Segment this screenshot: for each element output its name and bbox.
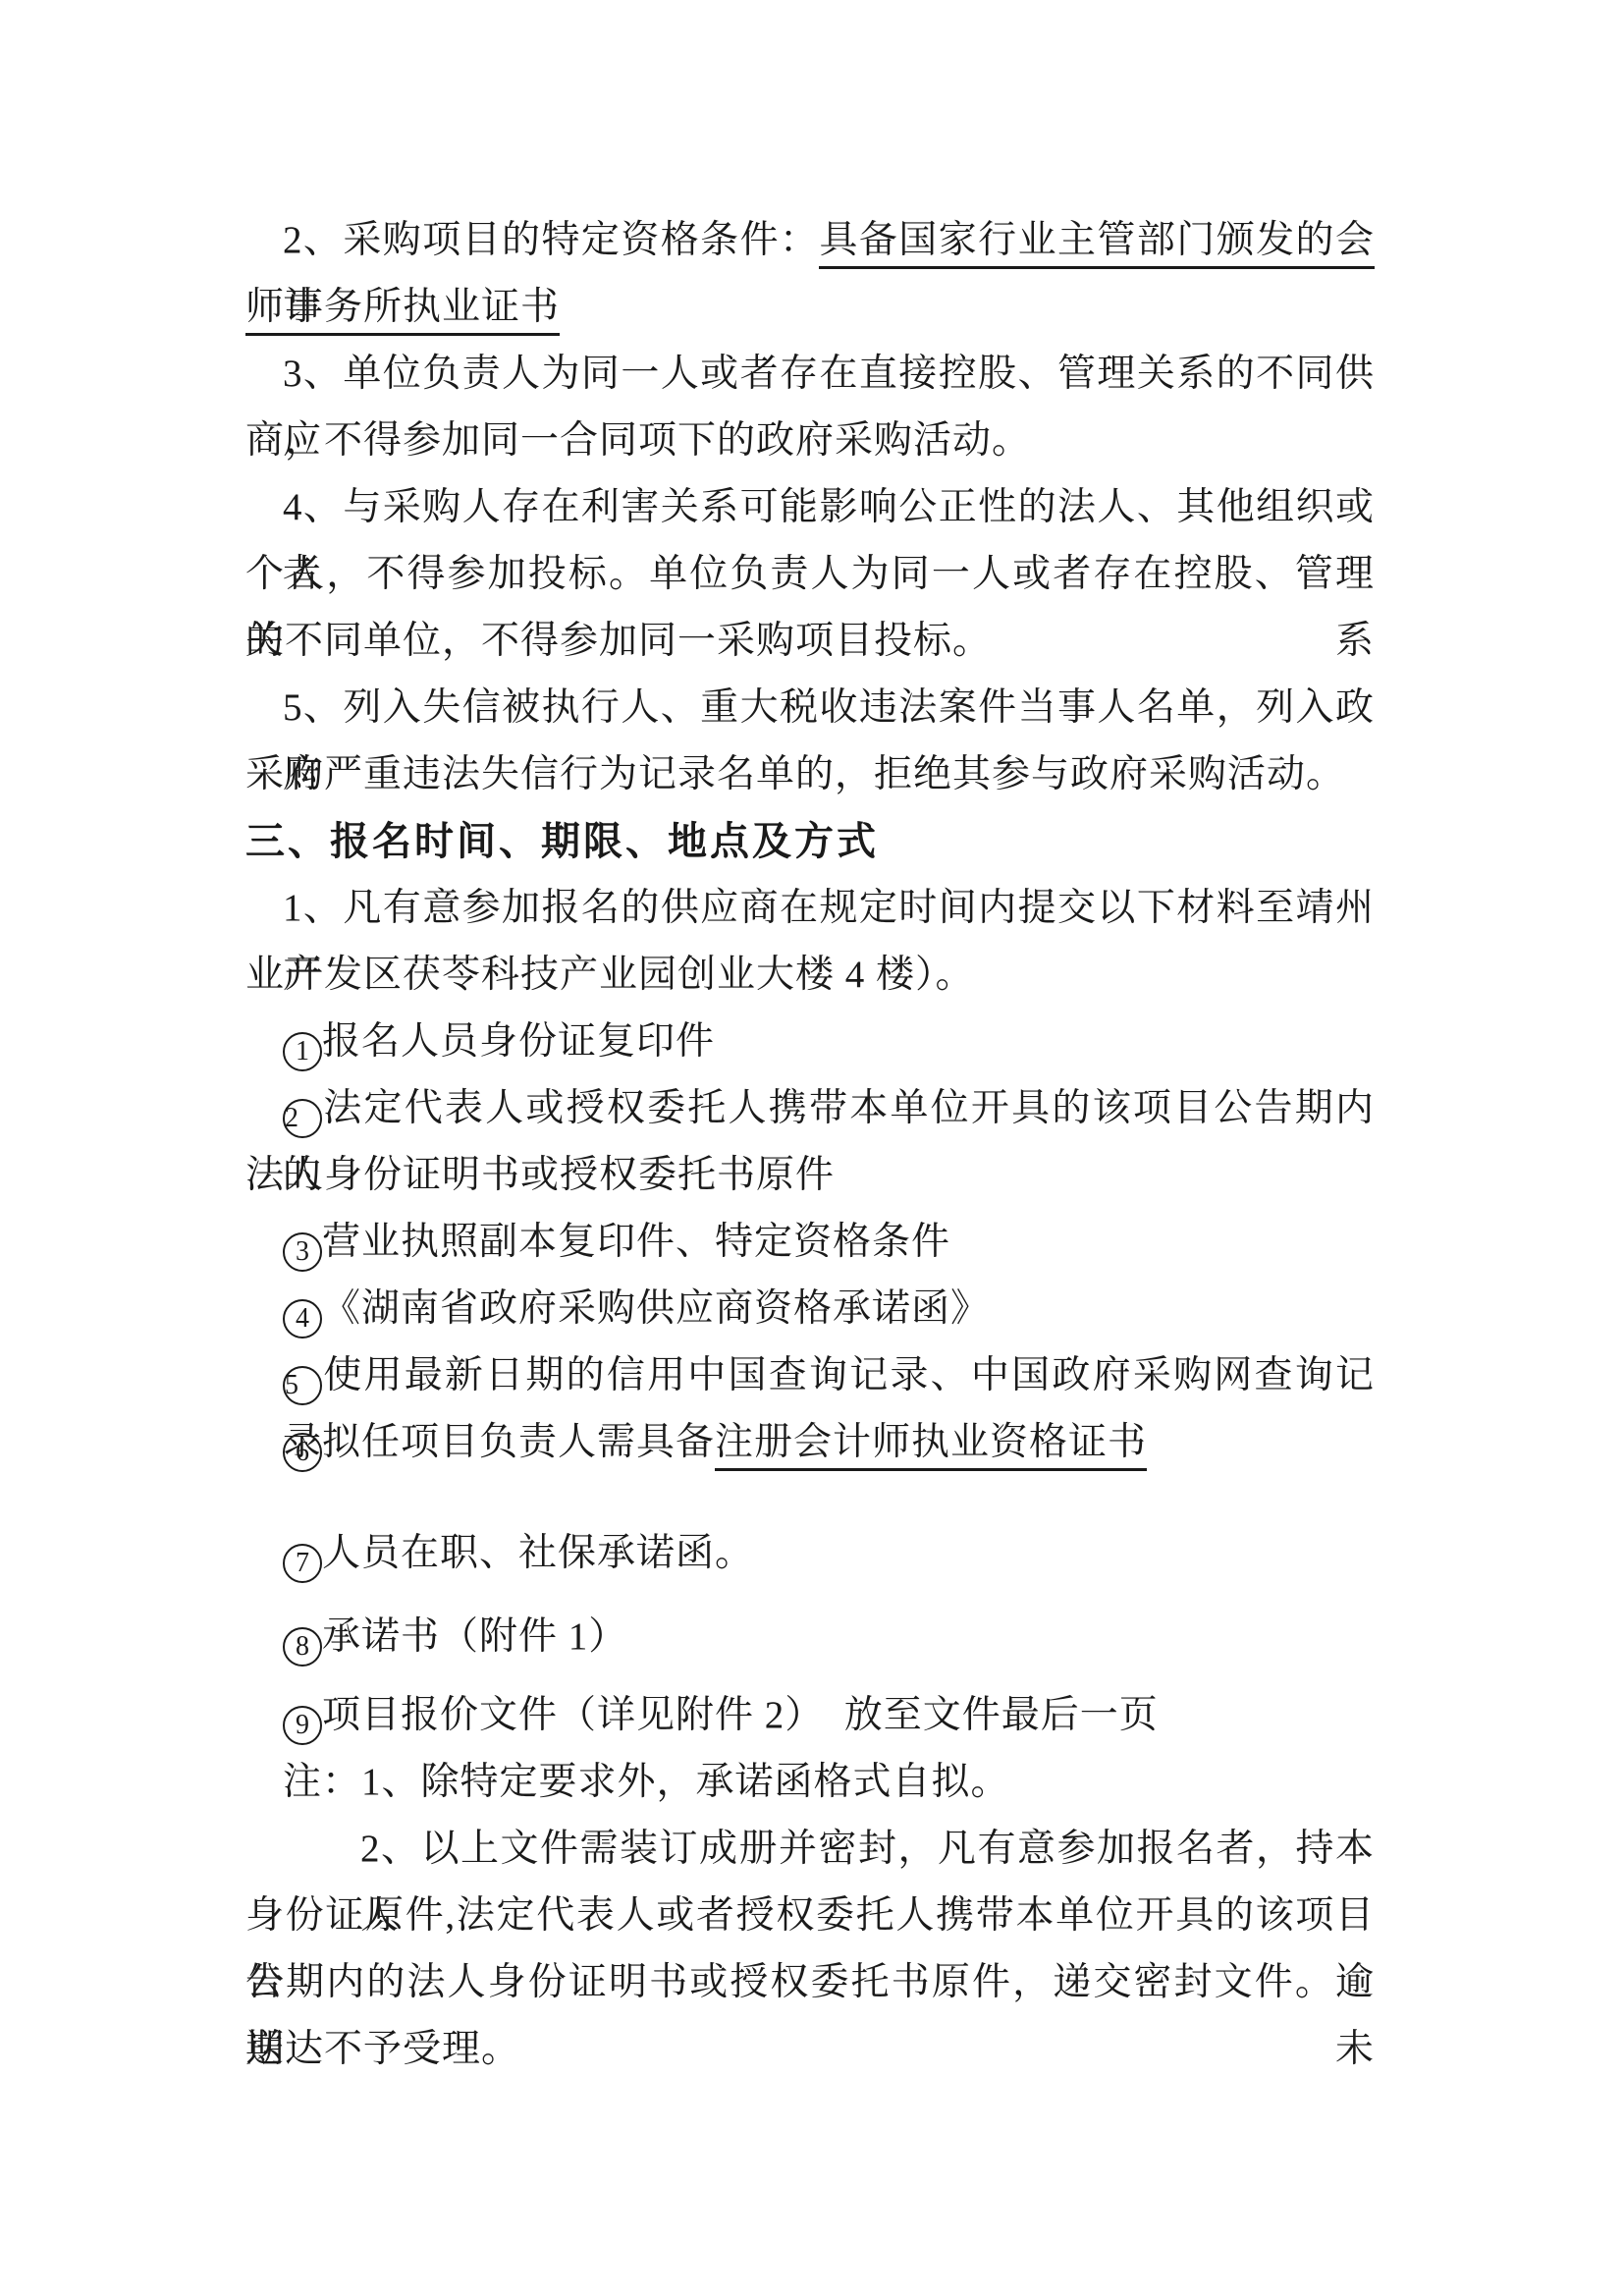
circled-number-6: 6: [283, 1433, 322, 1472]
document-page: 2、采购项目的特定资格条件：具备国家行业主管部门颁发的会计师事务所执业证书3、单…: [0, 0, 1623, 2296]
text-run: 商，不得参加同一合同项下的政府采购活动。: [245, 419, 1031, 462]
text-run: 注：1、除特定要求外，承诺函格式自拟。: [283, 1761, 1010, 1803]
note-2-line-3: 告期内的法人身份证明书或授权委托书原件，递交密封文件。逾期未: [245, 1949, 1375, 2016]
para-signup-line-2: 业开发区茯苓科技产业园创业大楼 4 楼）。: [245, 942, 1375, 1009]
circled-number-4: 4: [283, 1299, 322, 1339]
item-1: 1报名人员身份证复印件: [245, 1009, 1375, 1075]
item-6: 6拟任项目负责人需具备注册会计师执业资格证书: [245, 1409, 1375, 1476]
item-7: 7人员在职、社保承诺函。: [245, 1520, 1375, 1587]
document-text-block: 2、采购项目的特定资格条件：具备国家行业主管部门颁发的会计师事务所执业证书3、单…: [245, 207, 1375, 2083]
item-2-line-1: 2法定代表人或授权委托人携带本单位开具的该项目公告期内的: [245, 1075, 1375, 1142]
circled-number-3: 3: [283, 1232, 322, 1272]
note-2-line-2: 身份证原件,法定代表人或者授权委托人携带本单位开具的该项目公: [245, 1883, 1375, 1949]
para-qual-line-2: 师事务所执业证书: [245, 274, 1375, 341]
section-heading: 三、报名时间、期限、地点及方式: [245, 808, 1375, 875]
circled-number-5: 5: [283, 1366, 322, 1405]
para-qual-line-1: 2、采购项目的特定资格条件：具备国家行业主管部门颁发的会计: [245, 207, 1375, 274]
circled-number-1: 1: [283, 1032, 322, 1071]
text-run: 承诺书（附件 1）: [322, 1615, 627, 1658]
text-run: 法人身份证明书或授权委托书原件: [245, 1154, 835, 1196]
item-3: 3营业执照副本复印件、特定资格条件: [245, 1209, 1375, 1276]
text-run: 拟任项目负责人需具备: [322, 1421, 715, 1463]
para-3-line-2: 商，不得参加同一合同项下的政府采购活动。: [245, 408, 1375, 474]
text-run: 人员在职、社保承诺函。: [322, 1532, 754, 1574]
circled-number-9: 9: [283, 1706, 322, 1745]
item-2-line-2: 法人身份证明书或授权委托书原件: [245, 1142, 1375, 1209]
para-5-line-2: 采购严重违法失信行为记录名单的，拒绝其参与政府采购活动。: [245, 741, 1375, 808]
text-run: 三、报名时间、期限、地点及方式: [245, 820, 879, 863]
para-4-line-1: 4、与采购人存在利害关系可能影响公正性的法人、其他组织或者: [245, 474, 1375, 541]
text-run: 2、采购项目的特定资格条件：: [283, 219, 819, 261]
underlined-text: 师事务所执业证书: [245, 286, 560, 336]
note-2-line-1: 2、以上文件需装订成册并密封，凡有意参加报名者，持本人: [245, 1816, 1375, 1883]
item-5: 5使用最新日期的信用中国查询记录、中国政府采购网查询记录: [245, 1342, 1375, 1409]
item-9: 9项目报价文件（详见附件 2） 放至文件最后一页: [245, 1682, 1375, 1749]
para-signup-line-1: 1、凡有意参加报名的供应商在规定时间内提交以下材料至靖州产: [245, 875, 1375, 942]
circled-number-7: 7: [283, 1544, 322, 1583]
text-run: 报名人员身份证复印件: [322, 1020, 715, 1063]
text-run: 业开发区茯苓科技产业园创业大楼 4 楼）。: [245, 954, 975, 996]
para-3-line-1: 3、单位负责人为同一人或者存在直接控股、管理关系的不同供应: [245, 341, 1375, 408]
text-run: 营业执照副本复印件、特定资格条件: [322, 1221, 950, 1263]
text-run: 的不同单位，不得参加同一采购项目投标。: [245, 620, 992, 662]
underlined-text: 注册会计师执业资格证书: [715, 1421, 1147, 1471]
item-8: 8承诺书（附件 1）: [245, 1604, 1375, 1670]
item-4: 4《湖南省政府采购供应商资格承诺函》: [245, 1276, 1375, 1342]
text-run: 送达不予受理。: [245, 2028, 520, 2070]
text-run: 《湖南省政府采购供应商资格承诺函》: [322, 1287, 990, 1330]
para-4-line-2: 个人，不得参加投标。单位负责人为同一人或者存在控股、管理关系: [245, 541, 1375, 608]
text-run: 项目报价文件（详见附件 2） 放至文件最后一页: [322, 1694, 1159, 1736]
text-run: 采购严重违法失信行为记录名单的，拒绝其参与政府采购活动。: [245, 753, 1345, 795]
circled-number-2: 2: [283, 1099, 322, 1138]
circled-number-8: 8: [283, 1627, 322, 1667]
note-line-1: 注：1、除特定要求外，承诺函格式自拟。: [245, 1749, 1375, 1816]
para-5-line-1: 5、列入失信被执行人、重大税收违法案件当事人名单，列入政府: [245, 675, 1375, 741]
